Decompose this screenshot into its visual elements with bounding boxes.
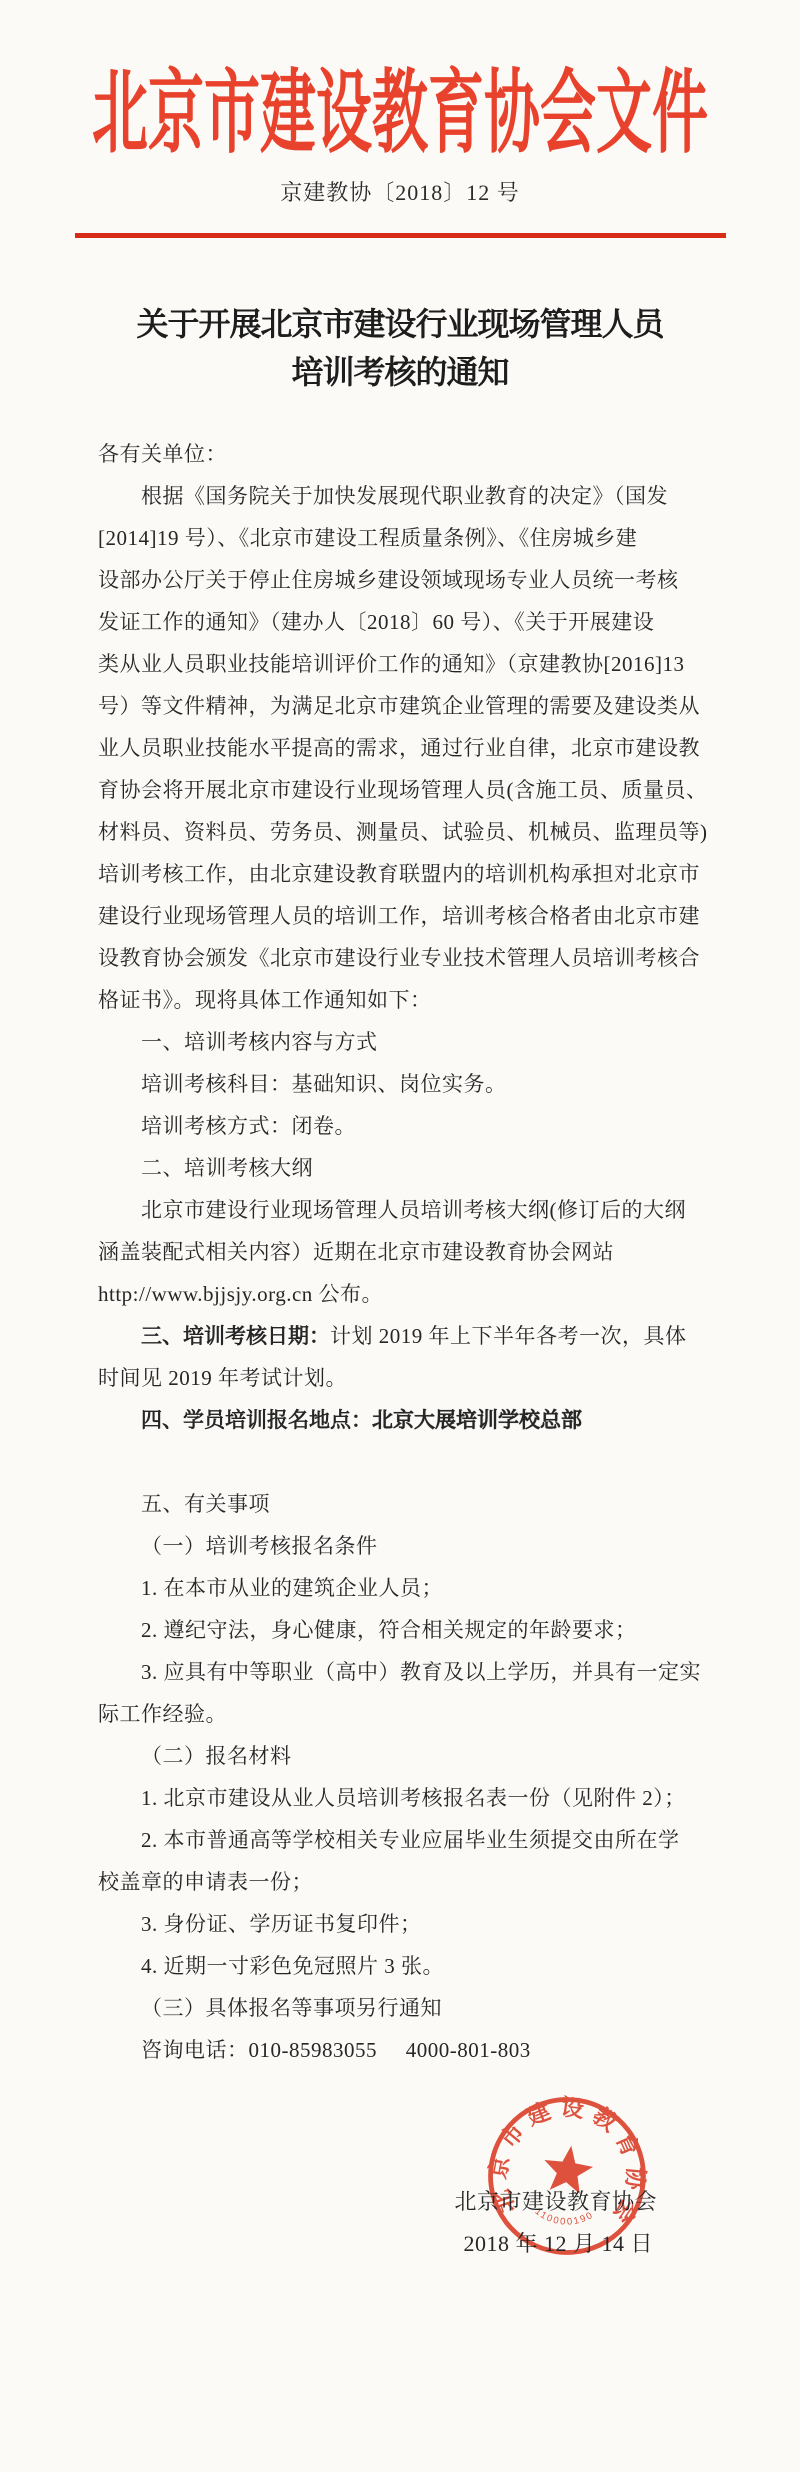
body-line-segment: 建设行业现场管理人员的培训工作，培训考核合格者由北京市建 bbox=[98, 904, 700, 928]
body-line-segment: 发证工作的通知》（建办人〔2018〕60 号）、《关于开展建设 bbox=[98, 610, 654, 634]
body-line: 3. 应具有中等职业（高中）教育及以上学历，并具有一定实 bbox=[98, 1651, 718, 1693]
body-line: 格证书》。现将具体工作通知如下： bbox=[98, 979, 718, 1021]
body-line: 设部办公厅关于停止住房城乡建设领域现场专业人员统一考核 bbox=[98, 559, 718, 601]
red-header-title: 北京市建设教育协会文件 bbox=[0, 42, 800, 172]
body-line: 1. 北京市建设从业人员培训考核报名表一份（见附件 2）； bbox=[98, 1777, 718, 1819]
body-line: （一）培训考核报名条件 bbox=[98, 1525, 718, 1567]
body-line: 校盖章的申请表一份； bbox=[98, 1861, 718, 1903]
body-line: 建设行业现场管理人员的培训工作，培训考核合格者由北京市建 bbox=[98, 895, 718, 937]
body-line: 一、培训考核内容与方式 bbox=[98, 1021, 718, 1063]
body-line: 设教育协会颁发《北京市建设行业专业技术管理人员培训考核合 bbox=[98, 937, 718, 979]
body-line-segment: 3. 身份证、学历证书复印件； bbox=[141, 1912, 422, 1936]
body-line: 培训考核方式：闭卷。 bbox=[98, 1105, 718, 1147]
body-line-segment: 北京大展培训学校总部 bbox=[372, 1409, 582, 1432]
body-line-segment: 设部办公厅关于停止住房城乡建设领域现场专业人员统一考核 bbox=[98, 568, 679, 592]
body-line-segment: 培训考核方式：闭卷。 bbox=[141, 1114, 356, 1138]
body-line: 培训考核科目：基础知识、岗位实务。 bbox=[98, 1063, 718, 1105]
body-line: 培训考核工作，由北京建设教育联盟内的培训机构承担对北京市 bbox=[98, 853, 718, 895]
notice-body: 各有关单位：根据《国务院关于加快发展现代职业教育的决定》（国发[2014]19 … bbox=[98, 433, 718, 2071]
body-line-segment: 校盖章的申请表一份； bbox=[98, 1870, 313, 1894]
body-line: 育协会将开展北京市建设行业现场管理人员(含施工员、质量员、 bbox=[98, 769, 718, 811]
document-number: 京建教协〔2018〕12 号 bbox=[0, 176, 800, 207]
body-line: 根据《国务院关于加快发展现代职业教育的决定》（国发 bbox=[98, 475, 718, 517]
body-line: 五、有关事项 bbox=[98, 1483, 718, 1525]
body-line-segment: 计划 2019 年上下半年各考一次，具体 bbox=[330, 1324, 687, 1348]
body-line: 四、学员培训报名地点：北京大展培训学校总部 bbox=[98, 1399, 718, 1441]
red-divider-line bbox=[75, 233, 726, 238]
body-line-segment: 2. 遵纪守法，身心健康，符合相关规定的年龄要求； bbox=[141, 1618, 637, 1642]
body-line: 涵盖装配式相关内容）近期在北京市建设教育协会网站 bbox=[98, 1231, 718, 1273]
body-line-segment: 一、培训考核内容与方式 bbox=[141, 1030, 378, 1054]
body-line-segment: 咨询电话：010-85983055 4000-801-803 bbox=[141, 2038, 531, 2062]
body-line-segment: 培训考核工作，由北京建设教育联盟内的培训机构承担对北京市 bbox=[98, 862, 700, 886]
body-line: 咨询电话：010-85983055 4000-801-803 bbox=[98, 2029, 718, 2071]
signature-org: 北京市建设教育协会 bbox=[454, 2185, 657, 2216]
body-line-segment: 际工作经验。 bbox=[98, 1702, 227, 1726]
body-line-segment: 材料员、资料员、劳务员、测量员、试验员、机械员、监理员等) bbox=[98, 820, 708, 844]
body-line-segment: 四、学员培训报名地点： bbox=[141, 1409, 372, 1432]
body-line-segment: 格证书》。现将具体工作通知如下： bbox=[98, 988, 432, 1012]
body-line-segment: 涵盖装配式相关内容）近期在北京市建设教育协会网站 bbox=[98, 1240, 614, 1264]
body-line: （三）具体报名等事项另行通知 bbox=[98, 1987, 718, 2029]
notice-title-line1: 关于开展北京市建设行业现场管理人员 bbox=[0, 300, 800, 348]
body-line-segment: 时间见 2019 年考试计划。 bbox=[98, 1366, 347, 1390]
body-line-segment: [2014]19 号）、《北京市建设工程质量条例》、《住房城乡建 bbox=[98, 526, 637, 550]
body-line-segment: 二、培训考核大纲 bbox=[141, 1156, 313, 1180]
body-line-segment: 1. 北京市建设从业人员培训考核报名表一份（见附件 2）； bbox=[141, 1786, 686, 1810]
body-line-segment: 设教育协会颁发《北京市建设行业专业技术管理人员培训考核合 bbox=[98, 946, 700, 970]
body-line-segment: 五、有关事项 bbox=[141, 1492, 270, 1516]
body-line-segment: （三）具体报名等事项另行通知 bbox=[141, 1996, 442, 2020]
body-line-segment: （二）报名材料 bbox=[141, 1744, 292, 1768]
notice-title-line2: 培训考核的通知 bbox=[0, 348, 800, 396]
body-line-segment: 类从业人员职业技能培训评价工作的通知》（京建教协[2016]13 bbox=[98, 652, 684, 676]
body-line: 类从业人员职业技能培训评价工作的通知》（京建教协[2016]13 bbox=[98, 643, 718, 685]
signature-date: 2018 年 12 月 14 日 bbox=[463, 2227, 653, 2258]
document-page: 北京市建设教育协会文件 京建教协〔2018〕12 号 关于开展北京市建设行业现场… bbox=[0, 0, 800, 2472]
body-line-segment: http://www.bjjsjy.org.cn 公布。 bbox=[98, 1282, 383, 1306]
body-line: 际工作经验。 bbox=[98, 1693, 718, 1735]
body-line: 时间见 2019 年考试计划。 bbox=[98, 1357, 718, 1399]
body-line: 业人员职业技能水平提高的需求，通过行业自律，北京市建设教 bbox=[98, 727, 718, 769]
body-line-segment: 育协会将开展北京市建设行业现场管理人员(含施工员、质量员、 bbox=[98, 778, 708, 802]
body-line-segment: 1. 在本市从业的建筑企业人员； bbox=[141, 1576, 443, 1600]
body-line: 4. 近期一寸彩色免冠照片 3 张。 bbox=[98, 1945, 718, 1987]
body-line: 2. 遵纪守法，身心健康，符合相关规定的年龄要求； bbox=[98, 1609, 718, 1651]
notice-title: 关于开展北京市建设行业现场管理人员 培训考核的通知 bbox=[0, 300, 800, 396]
body-line-segment: 根据《国务院关于加快发展现代职业教育的决定》（国发 bbox=[141, 484, 668, 508]
body-line-segment: 2. 本市普通高等学校相关专业应届毕业生须提交由所在学 bbox=[141, 1828, 680, 1852]
body-line-segment: 北京市建设行业现场管理人员培训考核大纲(修订后的大纲 bbox=[141, 1198, 686, 1222]
body-line: 1. 在本市从业的建筑企业人员； bbox=[98, 1567, 718, 1609]
body-line: 二、培训考核大纲 bbox=[98, 1147, 718, 1189]
body-line: 发证工作的通知》（建办人〔2018〕60 号）、《关于开展建设 bbox=[98, 601, 718, 643]
body-line: 2. 本市普通高等学校相关专业应届毕业生须提交由所在学 bbox=[98, 1819, 718, 1861]
body-line: [2014]19 号）、《北京市建设工程质量条例》、《住房城乡建 bbox=[98, 517, 718, 559]
body-line-segment: 三、培训考核日期： bbox=[141, 1325, 330, 1348]
body-line: 材料员、资料员、劳务员、测量员、试验员、机械员、监理员等) bbox=[98, 811, 718, 853]
body-line-segment: （一）培训考核报名条件 bbox=[141, 1534, 378, 1558]
body-line: 三、培训考核日期：计划 2019 年上下半年各考一次，具体 bbox=[98, 1315, 718, 1357]
body-line: 3. 身份证、学历证书复印件； bbox=[98, 1903, 718, 1945]
body-line: （二）报名材料 bbox=[98, 1735, 718, 1777]
body-line-segment: 号）等文件精神，为满足北京市建筑企业管理的需要及建设类从 bbox=[98, 694, 700, 718]
body-line-segment: 培训考核科目：基础知识、岗位实务。 bbox=[141, 1072, 507, 1096]
body-line-segment: 4. 近期一寸彩色免冠照片 3 张。 bbox=[141, 1954, 444, 1978]
body-line-segment: 各有关单位： bbox=[98, 442, 227, 466]
body-line: 号）等文件精神，为满足北京市建筑企业管理的需要及建设类从 bbox=[98, 685, 718, 727]
body-line: 北京市建设行业现场管理人员培训考核大纲(修订后的大纲 bbox=[98, 1189, 718, 1231]
body-line-segment: 业人员职业技能水平提高的需求，通过行业自律，北京市建设教 bbox=[98, 736, 700, 760]
body-line-segment: 3. 应具有中等职业（高中）教育及以上学历，并具有一定实 bbox=[141, 1660, 701, 1684]
body-line: http://www.bjjsjy.org.cn 公布。 bbox=[98, 1273, 718, 1315]
body-line: 各有关单位： bbox=[98, 433, 718, 475]
